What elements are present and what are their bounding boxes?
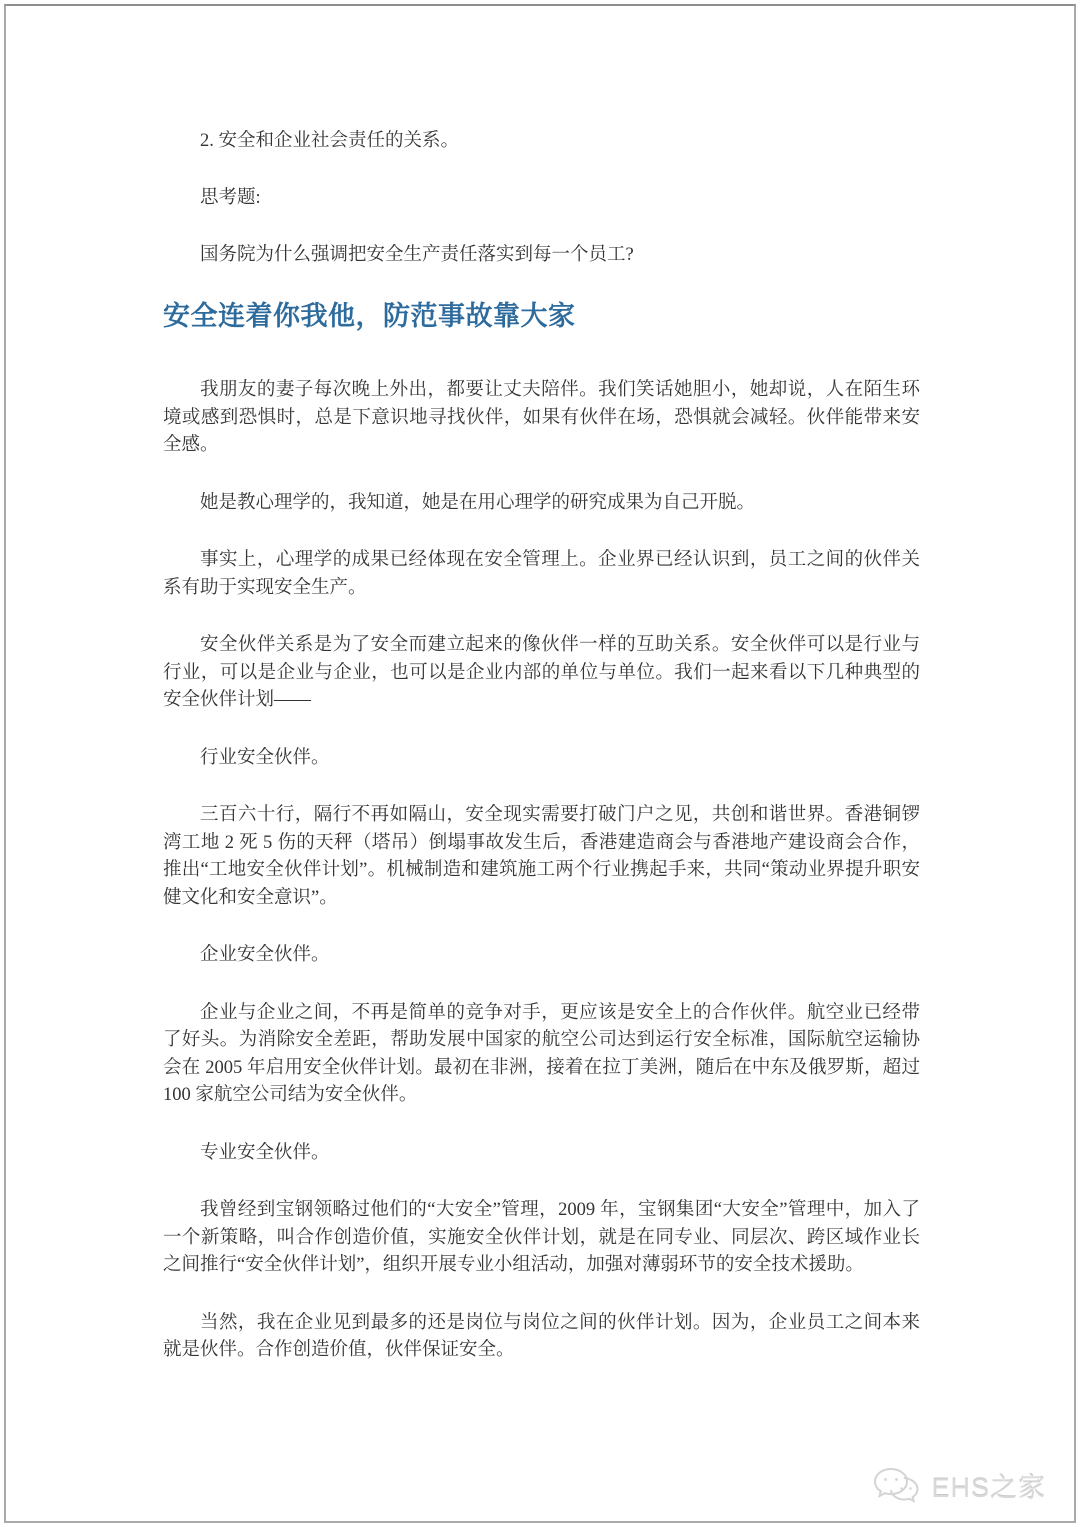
paragraph: 当然，我在企业见到最多的还是岗位与岗位之间的伙伴计划。因为，企业员工之间本来就是… bbox=[163, 1310, 920, 1365]
wechat-icon bbox=[871, 1465, 923, 1505]
paragraph-subhead-professional: 专业安全伙伴。 bbox=[163, 1140, 920, 1168]
paragraph: 她是教心理学的，我知道，她是在用心理学的研究成果为自己开脱。 bbox=[163, 490, 920, 518]
paragraph: 我曾经到宝钢领略过他们的“大安全”管理，2009 年，宝钢集团“大安全”管理中，… bbox=[163, 1197, 920, 1280]
paragraph-subhead-enterprise: 企业安全伙伴。 bbox=[163, 942, 920, 970]
intro-line-relationship: 2. 安全和企业社会责任的关系。 bbox=[163, 128, 920, 155]
watermark-brand: EHS之家 bbox=[931, 1466, 1046, 1505]
intro-line-question: 国务院为什么强调把安全生产责任落实到每一个员工? bbox=[163, 242, 920, 269]
paragraph: 我朋友的妻子每次晚上外出，都要让丈夫陪伴。我们笑话她胆小，她却说，人在陌生环境或… bbox=[163, 377, 920, 460]
document-body: 2. 安全和企业社会责任的关系。 思考题: 国务院为什么强调把安全生产责任落实到… bbox=[163, 128, 920, 1395]
paragraph: 三百六十行，隔行不再如隔山，安全现实需要打破门户之见，共创和谐世界。香港铜锣湾工… bbox=[163, 802, 920, 912]
paragraph: 事实上，心理学的成果已经体现在安全管理上。企业界已经认识到，员工之间的伙伴关系有… bbox=[163, 547, 920, 602]
paragraph: 安全伙伴关系是为了安全而建立起来的像伙伴一样的互助关系。安全伙伴可以是行业与行业… bbox=[163, 632, 920, 715]
paragraph-subhead-industry: 行业安全伙伴。 bbox=[163, 745, 920, 773]
intro-line-question-label: 思考题: bbox=[163, 185, 920, 212]
paragraph: 企业与企业之间，不再是简单的竞争对手，更应该是安全上的合作伙伴。航空业已经带了好… bbox=[163, 1000, 920, 1110]
section-heading: 安全连着你我他，防范事故靠大家 bbox=[163, 299, 920, 333]
watermark: EHS之家 bbox=[871, 1465, 1046, 1505]
